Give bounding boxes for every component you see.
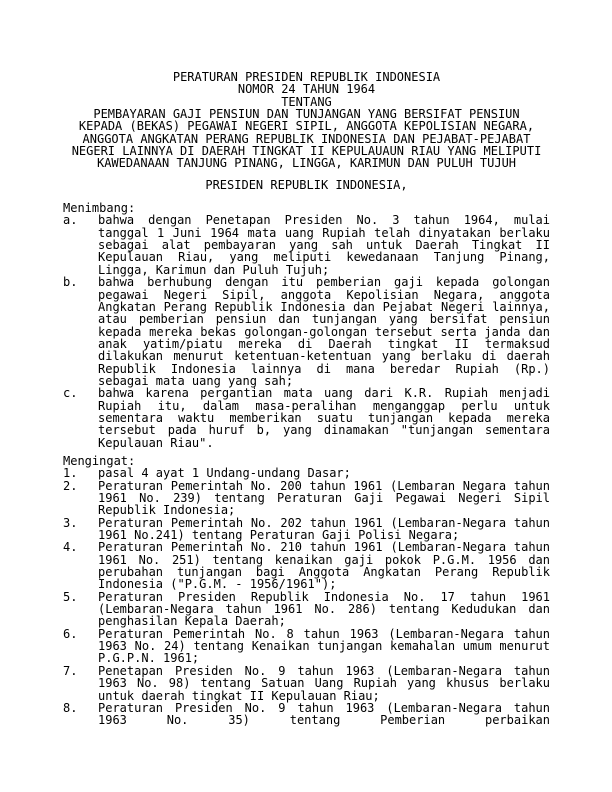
list-item: c.bahwa karena pergantian mata uang dari… xyxy=(63,387,550,449)
document-title: PERATURAN PRESIDEN REPUBLIK INDONESIANOM… xyxy=(63,71,550,170)
item-line: Republik Indonesia; xyxy=(98,504,550,516)
title-line: KEPADA (BEKAS) PEGAWAI NEGERI SIPIL, ANG… xyxy=(63,120,550,132)
document-page: PERATURAN PRESIDEN REPUBLIK INDONESIANOM… xyxy=(0,0,612,792)
item-lines: bahwa berhubung dengan itu pemberian gaj… xyxy=(98,276,550,387)
item-label: 6. xyxy=(63,628,77,640)
title-line: KAWEDANAAN TANJUNG PINANG, LINGGA, KARIM… xyxy=(63,157,550,169)
item-line: tersebut pada huruf b, yang dinamakan "t… xyxy=(98,424,550,436)
item-lines: pasal 4 ayat 1 Undang-undang Dasar; xyxy=(98,467,550,479)
item-lines: Peraturan Pemerintah No. 202 tahun 1961 … xyxy=(98,517,550,542)
item-line: Kepulauan Riau". xyxy=(98,437,550,449)
list-item: a.bahwa dengan Penetapan Presiden No. 3 … xyxy=(63,214,550,276)
item-lines: Peraturan Pemerintah No. 8 tahun 1963 (L… xyxy=(98,628,550,665)
item-line: untuk daerah tingkat II Kepulauan Riau; xyxy=(98,690,550,702)
document-sections: Menimbang:a.bahwa dengan Penetapan Presi… xyxy=(63,202,550,726)
item-line: dilakukan menurut ketentuan-ketentuan ya… xyxy=(98,350,550,362)
item-line: bahwa karena pergantian mata uang dari K… xyxy=(98,387,550,399)
item-line: P.G.P.N. 1961; xyxy=(98,652,550,664)
item-lines: bahwa dengan Penetapan Presiden No. 3 ta… xyxy=(98,214,550,276)
item-line: bahwa dengan Penetapan Presiden No. 3 ta… xyxy=(98,214,550,226)
section-mengingat: Mengingat:1.pasal 4 ayat 1 Undang-undang… xyxy=(63,455,550,727)
item-lines: Peraturan Presiden Republik Indonesia No… xyxy=(98,591,550,628)
item-line: penghasilan Kepala Daerah; xyxy=(98,615,550,627)
item-line: pasal 4 ayat 1 Undang-undang Dasar; xyxy=(98,467,550,479)
item-label: 2. xyxy=(63,480,77,492)
list-item: 4.Peraturan Pemerintah No. 210 tahun 196… xyxy=(63,541,550,590)
list-item: 7.Penetapan Presiden No. 9 tahun 1963 (L… xyxy=(63,665,550,702)
list-item: 3.Peraturan Pemerintah No. 202 tahun 196… xyxy=(63,517,550,542)
list-item: 8.Peraturan Presiden No. 9 tahun 1963 (L… xyxy=(63,702,550,727)
item-label: c. xyxy=(63,387,77,399)
item-lines: Peraturan Pemerintah No. 210 tahun 1961 … xyxy=(98,541,550,590)
item-line: bahwa berhubung dengan itu pemberian gaj… xyxy=(98,276,550,288)
section-menimbang: Menimbang:a.bahwa dengan Penetapan Presi… xyxy=(63,202,550,449)
item-line: Kepulauan Riau, yang meliputi kewedanaan… xyxy=(98,251,550,263)
item-line: Indonesia ("P.G.M. - 1956/1961"); xyxy=(98,578,550,590)
item-label: 1. xyxy=(63,467,77,479)
item-line: 1963 No. 35) tentang Pemberian perbaikan xyxy=(98,714,550,726)
item-label: 4. xyxy=(63,541,77,553)
item-line: pegawai Negeri Sipil, anggota Kepolisian… xyxy=(98,289,550,301)
item-label: b. xyxy=(63,276,77,288)
item-label: 8. xyxy=(63,702,77,714)
list-item: 1.pasal 4 ayat 1 Undang-undang Dasar; xyxy=(63,467,550,479)
title-line: NOMOR 24 TAHUN 1964 xyxy=(63,83,550,95)
item-label: 7. xyxy=(63,665,77,677)
item-lines: Peraturan Pemerintah No. 200 tahun 1961 … xyxy=(98,480,550,517)
list-item: 2.Peraturan Pemerintah No. 200 tahun 196… xyxy=(63,480,550,517)
list-item: 5.Peraturan Presiden Republik Indonesia … xyxy=(63,591,550,628)
item-lines: bahwa karena pergantian mata uang dari K… xyxy=(98,387,550,449)
item-label: 3. xyxy=(63,517,77,529)
item-line: 1963 No. 98) tentang Satuan Uang Rupiah … xyxy=(98,677,550,689)
item-label: 5. xyxy=(63,591,77,603)
list-item: b.bahwa berhubung dengan itu pemberian g… xyxy=(63,276,550,387)
item-lines: Penetapan Presiden No. 9 tahun 1963 (Lem… xyxy=(98,665,550,702)
item-line: Peraturan Pemerintah No. 210 tahun 1961 … xyxy=(98,541,550,553)
item-lines: Peraturan Presiden No. 9 tahun 1963 (Lem… xyxy=(98,702,550,727)
list-item: 6.Peraturan Pemerintah No. 8 tahun 1963 … xyxy=(63,628,550,665)
item-line: atau pemberian pensiun dan tunjangan yan… xyxy=(98,313,550,325)
item-label: a. xyxy=(63,214,77,226)
issuer-line: PRESIDEN REPUBLIK INDONESIA, xyxy=(63,179,550,191)
